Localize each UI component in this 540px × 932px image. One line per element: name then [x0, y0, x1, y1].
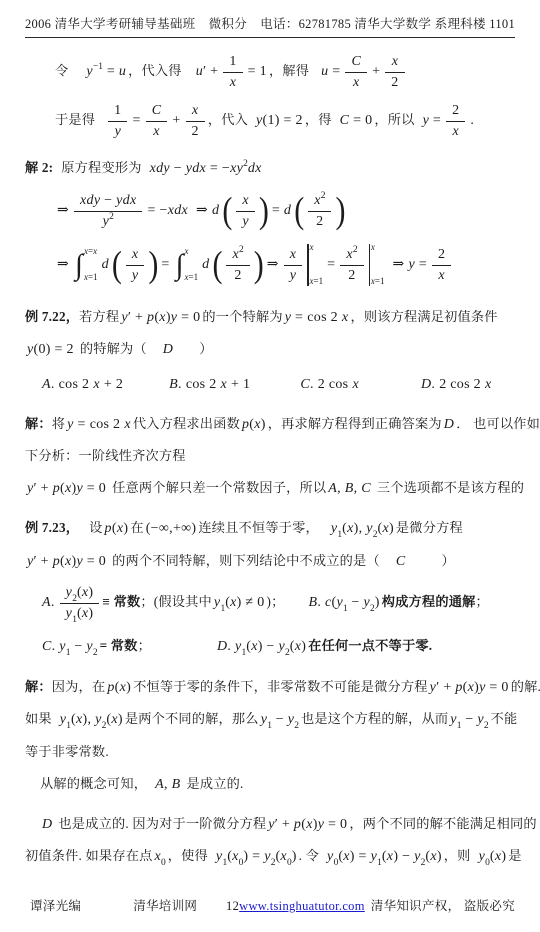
solution-7-22-line1: 解：将y =cos 2x代入方程求出函数p(x)，再求解方程得到正确答案为D． …	[25, 413, 528, 436]
example-7-23-statement: 例 7.23，设p(x)在(−∞,+∞)连续且不恒等于零，y1(x), y2(x…	[25, 517, 528, 541]
solution-7-23-line3: 等于非零常数.	[25, 741, 528, 764]
differential-transform-step: ⇒xdy − ydxy2= −xdx⇒d(xy)= d(x22)	[25, 192, 528, 230]
substitute-u-step: 令y−1 = u，代入得u′ +1x= 1，解得u =Cx+x2	[25, 53, 528, 91]
example-7-23-options-ab: A.y2(x)y1(x)≡ 常数；(假设其中y1(x) ≠ 0)；B. c(y1…	[25, 584, 528, 622]
page-footer: 谭泽光编 清华培训网 12 www.tsinghuatutor.com 清华知识…	[30, 896, 515, 914]
footer-website-link[interactable]: www.tsinghuatutor.com	[239, 899, 365, 914]
integral-sign: ∫x=xx=1	[75, 245, 98, 285]
header-subject: 微积分	[209, 14, 247, 32]
integrate-both-sides-step: ⇒∫x=xx=1d(xy)=∫xx=1d(x22)⇒xyxx=1=x22xx=1…	[25, 241, 528, 289]
footer-editor: 谭泽光编	[30, 896, 81, 914]
solution2-heading: 解 2:原方程变形为xdy − ydx = −xy2dx	[25, 157, 528, 181]
evaluation-bar: xx=1	[307, 241, 323, 289]
footer-page-number: 12	[226, 899, 239, 914]
header-course: 2006 清华大学考研辅导基础班	[25, 14, 195, 32]
document-page: 2006 清华大学考研辅导基础班 微积分 电话：62781785 清华大学数学 …	[0, 0, 540, 932]
solution-7-22-line2: 下分析：一阶线性齐次方程	[25, 445, 528, 468]
solution-7-23-line4: 从解的概念可知，A, B是成立的.	[25, 773, 528, 796]
solution-7-23-line5: D也是成立的. 因为对于一阶微分方程y′ + p(x)y = 0，两个不同的解不…	[25, 813, 528, 836]
footer-copyright: 清华知识产权， 盗版必究	[371, 896, 515, 914]
example-7-22-options: A.cos 2x+ 2B.cos 2x+ 1C.2 cosxD.2 cos 2x	[25, 374, 528, 396]
solution-7-23-line6: 初值条件. 如果存在点x0，使得y1(x0) = y2(x0). 令y0(x) …	[25, 845, 528, 869]
example-7-23-question: y′ + p(x)y = 0的两个不同特解，则下列结论中不成立的是（C）	[25, 550, 528, 573]
integral-sign: ∫xx=1	[176, 245, 199, 285]
header-contact: 电话：62781785 清华大学数学 系理科楼 1101	[260, 14, 515, 32]
example-7-23-options-cd: C. y1 − y2= 常数；D. y1(x) − y2(x)在任何一点不等于零…	[25, 635, 528, 659]
example-7-22-condition: y(0) = 2的特解为（D）	[25, 338, 528, 361]
solution-7-23-line2: 如果y1(x), y2(x)是两个不同的解，那么y1 − y2也是这个方程的解，…	[25, 708, 528, 732]
evaluation-bar: xx=1	[369, 241, 385, 289]
conclusion-y-step: 于是得1y=Cx+x2，代入y(1) = 2，得C = 0，所以y =2x.	[25, 102, 528, 140]
footer-site: 清华培训网	[133, 896, 197, 914]
page-header: 2006 清华大学考研辅导基础班 微积分 电话：62781785 清华大学数学 …	[0, 0, 540, 38]
document-body: 令y−1 = u，代入得u′ +1x= 1，解得u =Cx+x2于是得1y=Cx…	[0, 38, 540, 869]
solution-7-22-line3: y′ + p(x)y = 0任意两个解只差一个常数因子，所以A, B, C三个选…	[25, 477, 528, 500]
example-7-22-statement: 例 7.22，若方程y′ + p(x)y = 0的一个特解为y =cos 2x，…	[25, 306, 528, 329]
solution-7-23-line1: 解：因为，在p(x)不恒等于零的条件下，非零常数不可能是微分方程y′ + p(x…	[25, 676, 528, 699]
